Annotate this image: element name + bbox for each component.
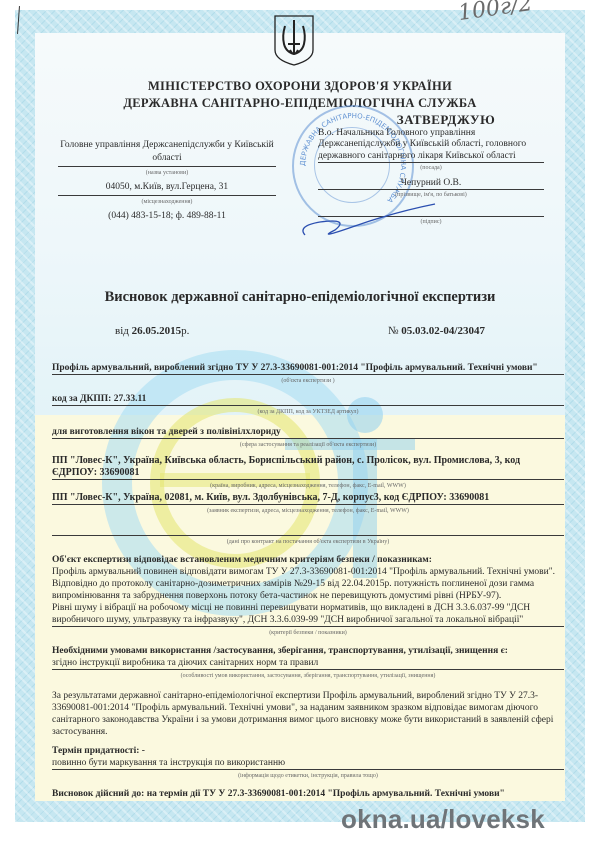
manufacturer: ПП "Ловес-К", Україна, Київська область,… xyxy=(52,455,564,480)
document-date: від 26.05.2015р. xyxy=(115,325,189,337)
issuer-phone: (044) 483-15-18; ф. 489-88-11 xyxy=(58,209,276,224)
criteria-paragraph: Профіль армувальний повинен відповідати … xyxy=(52,566,564,578)
applicant: ПП "Ловес-К", Україна, 02081, м. Київ, в… xyxy=(52,492,564,505)
site-watermark: okna.ua/loveksk xyxy=(341,804,545,835)
issuer-name: Головне управління Держсанепідслужби у К… xyxy=(58,138,276,167)
signature xyxy=(295,200,445,240)
issuer-block: Головне управління Держсанепідслужби у К… xyxy=(58,138,276,224)
conditions-text: згідно інструкції виробника та діючих са… xyxy=(52,657,564,670)
shelf-life-text: повинно бути маркування та інструкція по… xyxy=(52,757,564,770)
approval-title: ЗАТВЕРДЖУЮ xyxy=(348,114,544,126)
criteria-heading: Об'єкт експертизи відповідає встановлени… xyxy=(52,554,564,566)
issuer-address: 04050, м.Київ, вул.Герцена, 31 xyxy=(58,180,276,196)
approval-position: В.о. Начальника Головного управління Дер… xyxy=(318,128,544,164)
approver-name: Чепурний О.В. xyxy=(318,178,544,191)
trident-emblem-icon xyxy=(272,14,316,66)
validity-text: Висновок дійсний до: на термін дії ТУ У … xyxy=(52,788,564,800)
criteria-paragraph: Відповідно до протоколу санітарно-дозиме… xyxy=(52,578,564,602)
document-title: Висновок державної санітарно-епідеміолог… xyxy=(0,289,600,306)
product-code: код за ДКПП: 27.33.11 xyxy=(52,393,564,406)
fields-block: Профіль армувальний, вироблений згідно Т… xyxy=(52,362,564,800)
conditions-heading: Необхідними умовами використання /застос… xyxy=(52,645,564,657)
expertise-object: Профіль армувальний, вироблений згідно Т… xyxy=(52,362,564,375)
document-number: № 05.03.02-04/23047 xyxy=(388,325,485,337)
conclusion-text: За результатами державної санітарно-епід… xyxy=(52,690,564,738)
application-scope: для виготовлення вікон та дверей з полів… xyxy=(52,426,564,439)
contract-data xyxy=(52,525,564,536)
criteria-paragraph: Рівні шуму і вібрації на робочому місці … xyxy=(52,602,564,627)
shelf-life-heading: Термін придатності: - xyxy=(52,745,564,757)
